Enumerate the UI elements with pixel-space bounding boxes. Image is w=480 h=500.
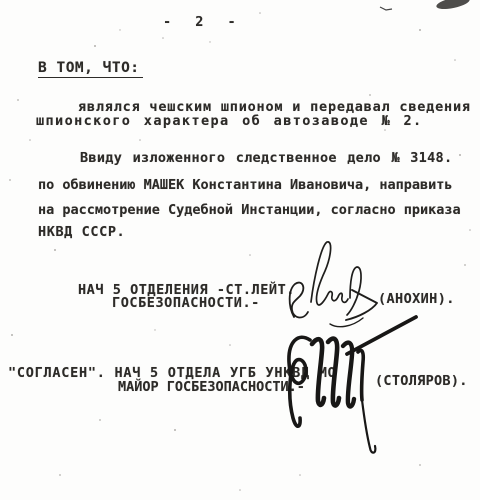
anokhin-signature-icon <box>290 242 377 327</box>
scan-noise-specks <box>9 12 471 491</box>
stolyarov-signature-icon <box>289 317 416 453</box>
corner-smudge-artifact <box>380 0 471 11</box>
document-page: - 2 - В ТОМ, ЧТО: являлся чешским шпионо… <box>0 0 480 500</box>
signatures-and-scan-artifacts-layer <box>0 0 480 500</box>
